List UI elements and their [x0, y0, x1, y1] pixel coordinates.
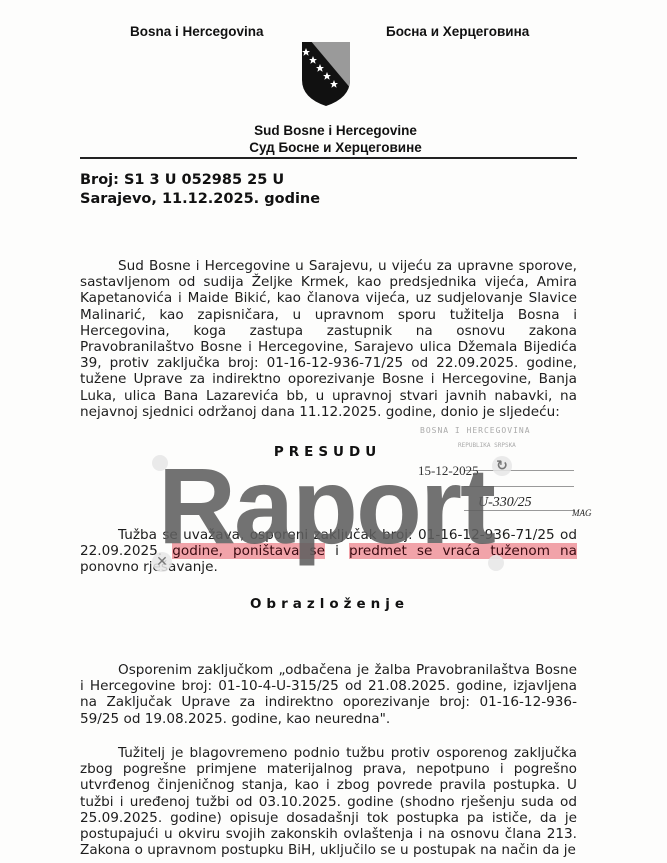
intro-paragraph: Sud Bosne i Hercegovine u Sarajevu, u vi… — [80, 258, 577, 420]
case-place-date: Sarajevo, 11.12.2025. godine — [80, 191, 320, 207]
header-country-latin: Bosna i Hercegovina — [130, 24, 264, 39]
stamp-handwritten-ref: U-330/25 — [478, 495, 532, 511]
bih-coat-of-arms-icon — [300, 40, 352, 108]
received-stamp: BOSNA I HERCEGOVINA REPUBLIKA SRPSKA 15-… — [398, 422, 578, 522]
court-name-latin: Sud Bosne i Hercegovine — [2, 123, 667, 138]
verdict-heading: PRESUDU — [0, 444, 661, 460]
stamp-date: 15-12-2025 — [418, 463, 479, 479]
close-button[interactable]: ✕ — [152, 552, 172, 572]
reasoning-heading: Obrazloženje — [0, 596, 663, 612]
header-country-cyrillic: Босна и Херцеговина — [386, 24, 529, 39]
highlight-annulled[interactable]: godine, poništava se — [172, 543, 325, 559]
resize-handle-top-left[interactable] — [152, 455, 168, 471]
highlight-returned[interactable]: predmet se vraća tuženom na — [349, 543, 577, 559]
rotate-icon: ↻ — [496, 458, 508, 474]
court-name-cyrillic: Суд Босне и Херцеговине — [2, 140, 667, 155]
reasoning-paragraph-1: Osporenim zaključkom „odbačena je žalba … — [80, 662, 577, 727]
stamp-title: BOSNA I HERCEGOVINA — [420, 426, 531, 435]
stamp-initials: MAG — [572, 508, 592, 518]
reasoning-paragraph-2: Tužitelj je blagovremeno podnio tužbu pr… — [80, 745, 577, 858]
rotate-button[interactable]: ↻ — [492, 456, 512, 476]
header-divider — [80, 157, 577, 159]
resize-handle-bottom-right[interactable] — [488, 555, 504, 571]
close-icon: ✕ — [156, 554, 168, 570]
case-number: Broj: S1 3 U 052985 25 U — [80, 172, 284, 188]
